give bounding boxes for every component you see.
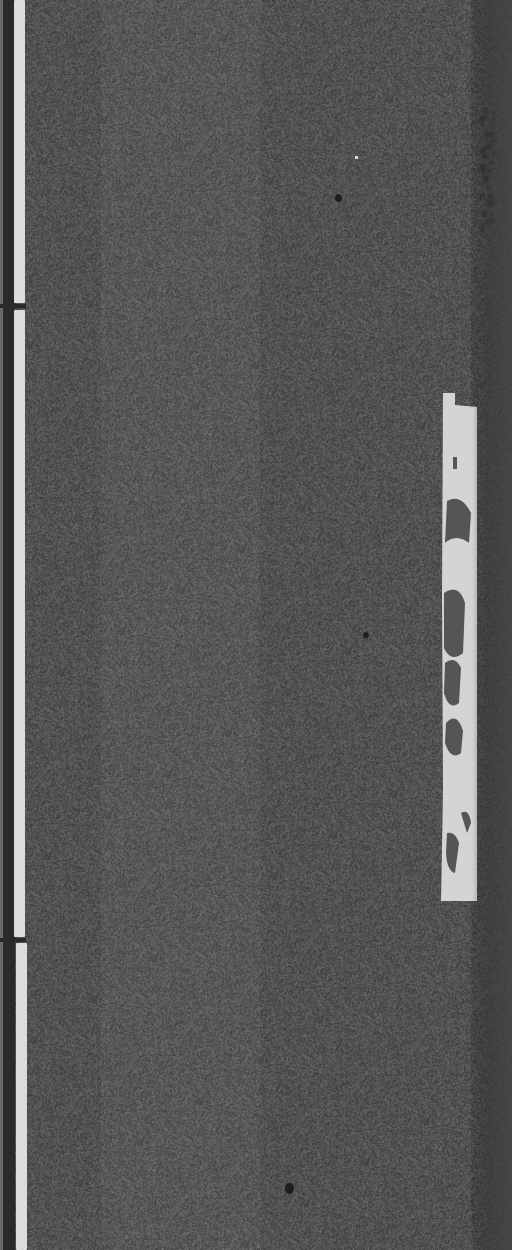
oil-stain — [363, 632, 369, 638]
asphalt-texture — [0, 0, 512, 1250]
edge-line-segment — [14, 310, 25, 937]
edge-line-segment — [16, 943, 27, 1250]
road-surface-image — [0, 0, 512, 1250]
oil-stain — [335, 194, 342, 202]
right-shoulder — [472, 0, 512, 1250]
oil-stain — [285, 1183, 294, 1194]
pavement-seam — [0, 304, 26, 308]
pavement-seam — [0, 938, 26, 942]
debris-fleck — [355, 156, 358, 159]
edge-line-segment — [14, 0, 25, 303]
